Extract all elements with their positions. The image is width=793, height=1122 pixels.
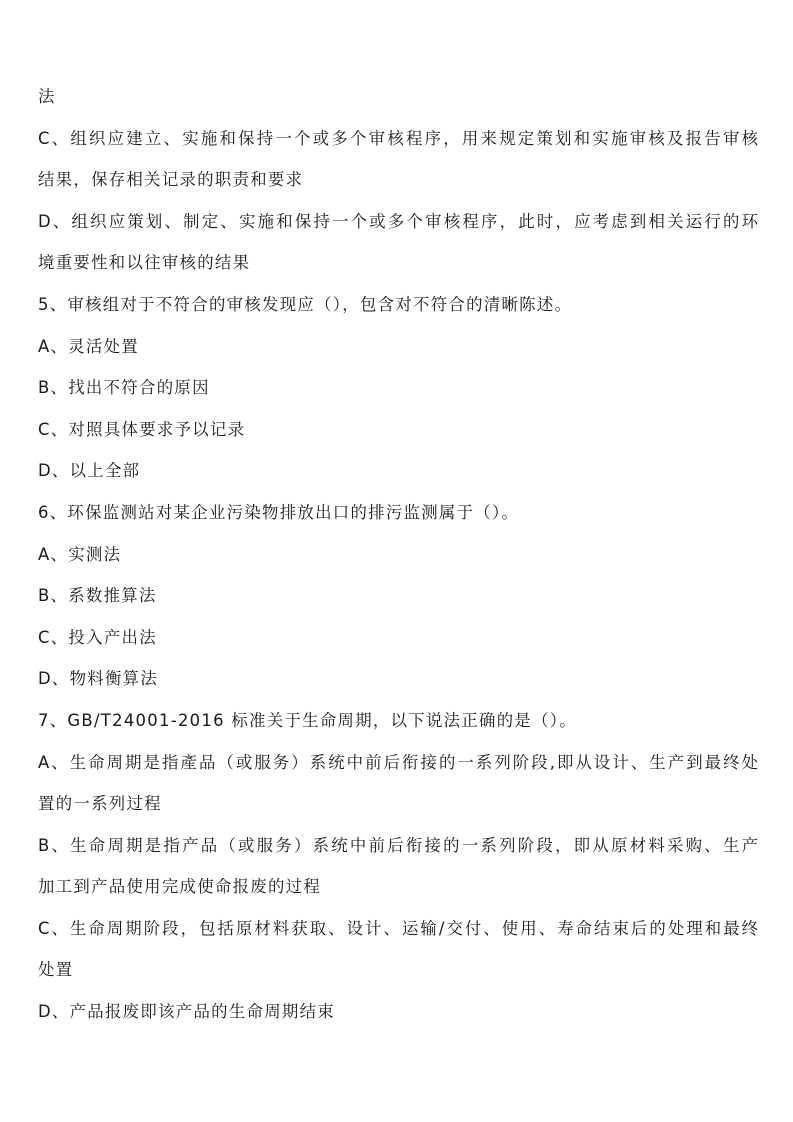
q4-option-c: C、组织应建立、实施和保持一个或多个审核程序，用来规定策划和实施审核及报告审核	[38, 128, 758, 170]
question-5: 5、审核组对于不符合的审核发现应（），包含对不符合的清晰陈述。	[38, 294, 758, 336]
q7-option-c: C、生命周期阶段，包括原材料获取、设计、运输/交付、使用、寿命结束后的处理和最终	[38, 918, 758, 960]
q5-option-b: B、找出不符合的原因	[38, 377, 758, 419]
q7-option-a: A、生命周期是指產品（或服务）系统中前后衔接的一系列阶段,即从设计、生产到最终处	[38, 752, 758, 794]
q4-option-d-continuation: 境重要性和以往审核的结果	[38, 252, 758, 294]
question-7: 7、GB/T24001-2016 标准关于生命周期，以下说法正确的是（）。	[38, 710, 758, 752]
continuation-line: 法	[38, 86, 758, 128]
document-page: 法 C、组织应建立、实施和保持一个或多个审核程序，用来规定策划和实施审核及报告审…	[38, 86, 758, 1043]
q6-option-b: B、系数推算法	[38, 585, 758, 627]
q7-option-d: D、产品报废即该产品的生命周期结束	[38, 1001, 758, 1043]
q7-option-b: B、生命周期是指产品（或服务）系统中前后衔接的一系列阶段，即从原材料采购、生产	[38, 835, 758, 877]
q7-option-b-continuation: 加工到产品使用完成使命报废的过程	[38, 876, 758, 918]
q6-option-a: A、实测法	[38, 544, 758, 586]
q7-option-c-continuation: 处置	[38, 959, 758, 1001]
q5-option-a: A、灵活处置	[38, 336, 758, 378]
question-6: 6、环保监测站对某企业污染物排放出口的排污监测属于（）。	[38, 502, 758, 544]
q4-option-d: D、组织应策划、制定、实施和保持一个或多个审核程序，此时，应考虑到相关运行的环	[38, 211, 758, 253]
q5-option-d: D、以上全部	[38, 460, 758, 502]
q7-option-a-continuation: 置的一系列过程	[38, 793, 758, 835]
q6-option-c: C、投入产出法	[38, 627, 758, 669]
q4-option-c-continuation: 结果，保存相关记录的职责和要求	[38, 169, 758, 211]
q6-option-d: D、物料衡算法	[38, 668, 758, 710]
q5-option-c: C、对照具体要求予以记录	[38, 419, 758, 461]
